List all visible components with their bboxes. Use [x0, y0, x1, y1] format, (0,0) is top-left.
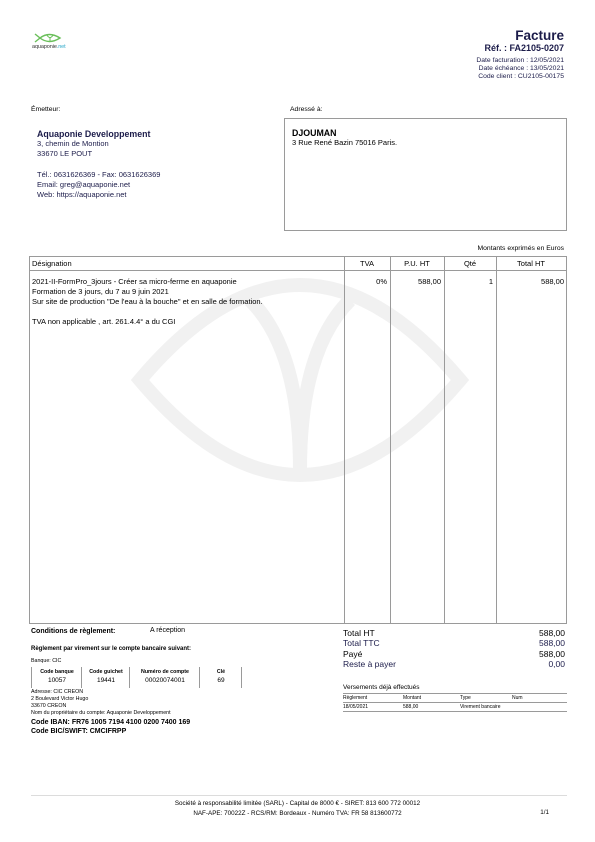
reste-a-payer-row: Reste à payer0,00: [343, 659, 565, 669]
emetteur-web[interactable]: Web: https://aquaponie.net: [37, 190, 276, 200]
total-value: 588,00: [539, 628, 565, 638]
bank-header: Clé: [200, 669, 242, 675]
designation-line: 2021-II-FormPro_3jours - Créer sa micro-…: [32, 277, 263, 287]
bank-code-col: Code banque 10057: [31, 667, 82, 688]
invoice-reference: Réf. : FA2105-0207: [484, 43, 564, 53]
destinataire-name: DJOUMAN: [292, 128, 566, 138]
total-value: 0,00: [548, 659, 565, 669]
bank-value: 10057: [32, 677, 82, 684]
bic: Code BIC/SWIFT: CMCIFRPP: [31, 728, 190, 737]
bank-value: 19441: [82, 677, 130, 684]
total-label: Total TTC: [343, 638, 380, 648]
bank-header: Numéro de compte: [130, 669, 200, 675]
bank-value: 00020074001: [130, 677, 200, 684]
cle-col: Clé 69: [199, 667, 242, 688]
currency-note: Montants exprimés en Euros: [477, 245, 564, 252]
conditions-value: A réception: [150, 627, 185, 634]
line-pu-ht: 588,00: [390, 277, 441, 287]
versements-title: Versements déjà effectués: [343, 684, 419, 691]
emetteur-address2: 33670 LE POUT: [37, 149, 276, 159]
designation-line: Sur site de production "De l'eau à la bo…: [32, 297, 263, 307]
guichet-code-col: Code guichet 19441: [81, 667, 130, 688]
fish-sprout-icon: [34, 32, 62, 44]
header-pu-ht: P.U. HT: [390, 259, 444, 268]
designation-line: [32, 307, 263, 317]
line-total-ht: 588,00: [496, 277, 564, 287]
versement-amount: 588,00: [403, 703, 460, 711]
bank-name: Banque: CIC: [31, 658, 61, 664]
total-value: 588,00: [539, 649, 565, 659]
designation-line: TVA non applicable , art. 261.4.4° a du …: [32, 317, 263, 327]
invoice-lines-table: Désignation TVA P.U. HT Qté Total HT 202…: [29, 256, 567, 624]
line-tva: 0%: [344, 277, 387, 287]
destinataire-label: Adressé à:: [290, 106, 323, 113]
iban: Code IBAN: FR76 1005 7194 4100 0200 7400…: [31, 719, 190, 728]
header-designation: Désignation: [32, 259, 72, 268]
conditions-label: Conditions de règlement:: [31, 628, 115, 635]
document-title: Facture: [515, 28, 564, 43]
destinataire-address: 3 Rue René Bazin 75016 Paris.: [292, 138, 566, 148]
header-qte: Qté: [444, 259, 496, 268]
emetteur-email[interactable]: Email: greg@aquaponie.net: [37, 180, 276, 190]
header-total-ht: Total HT: [496, 259, 566, 268]
line-designation: 2021-II-FormPro_3jours - Créer sa micro-…: [32, 277, 263, 327]
line-qte: 1: [444, 277, 493, 287]
total-label: Total HT: [343, 628, 375, 638]
header-tva: TVA: [344, 259, 390, 268]
footer-divider: [31, 795, 567, 796]
bank-value: 69: [200, 677, 242, 684]
date-facturation: Date facturation : 12/05/2021: [476, 57, 564, 65]
emetteur-phone: Tél.: 0631626369 - Fax: 0631626369: [37, 170, 276, 180]
date-echeance: Date échéance : 13/05/2021: [476, 65, 564, 73]
total-ht-row: Total HT588,00: [343, 628, 565, 638]
bank-header: Code guichet: [82, 669, 130, 675]
logo-text: aquaponie.net: [32, 44, 66, 50]
versement-date: 18/05/2021: [343, 703, 403, 711]
totals-block: Total HT588,00 Total TTC588,00 Payé588,0…: [343, 628, 565, 669]
emetteur-name: Aquaponie Developpement: [37, 129, 276, 139]
total-ttc-row: Total TTC588,00: [343, 638, 565, 648]
bank-codes: Code IBAN: FR76 1005 7194 4100 0200 7400…: [31, 719, 190, 736]
emetteur-block: Aquaponie Developpement 3, chemin de Mon…: [31, 118, 276, 218]
virement-label: Règlement par virement sur le compte ban…: [31, 646, 191, 652]
emetteur-address1: 3, chemin de Montion: [37, 139, 276, 149]
versements-header: Type: [460, 694, 512, 702]
versements-header: Montant: [403, 694, 460, 702]
bank-header: Code banque: [32, 669, 82, 675]
versements-table: Règlement Montant Type Num 18/05/2021 58…: [343, 693, 567, 712]
invoice-meta: Date facturation : 12/05/2021 Date échéa…: [476, 57, 564, 82]
code-client: Code client : CU2105-00175: [476, 73, 564, 81]
versements-row: 18/05/2021 588,00 Virement bancaire: [343, 702, 567, 712]
bank-address-line: 2 Boulevard Victor Hugo: [31, 696, 171, 703]
bank-address-line: Adresse: CIC CREON: [31, 689, 171, 696]
destinataire-block: DJOUMAN 3 Rue René Bazin 75016 Paris.: [284, 118, 567, 231]
designation-line: Formation de 3 jours, du 7 au 9 juin 202…: [32, 287, 263, 297]
footer-legal: Société à responsabilité limitée (SARL) …: [0, 799, 595, 818]
total-label: Reste à payer: [343, 659, 396, 669]
bank-address: Adresse: CIC CREON 2 Boulevard Victor Hu…: [31, 689, 171, 717]
total-label: Payé: [343, 649, 362, 659]
footer-line1: Société à responsabilité limitée (SARL) …: [0, 799, 595, 809]
paye-row: Payé588,00: [343, 649, 565, 659]
versements-header: Num: [512, 694, 523, 702]
versements-header-row: Règlement Montant Type Num: [343, 693, 567, 702]
emetteur-label: Émetteur:: [31, 106, 60, 113]
bank-address-line: Nom du propriétaire du compte: Aquaponie…: [31, 710, 171, 717]
bank-address-line: 33670 CREON: [31, 703, 171, 710]
company-logo: aquaponie.net: [28, 30, 88, 58]
total-value: 588,00: [539, 638, 565, 648]
page-number: 1/1: [540, 809, 549, 816]
footer-line2: NAF-APE: 70022Z - RCS/RM: Bordeaux - Num…: [0, 809, 595, 819]
versements-header: Règlement: [343, 694, 403, 702]
account-number-col: Numéro de compte 00020074001: [129, 667, 200, 688]
versement-type: Virement bancaire: [460, 703, 512, 711]
